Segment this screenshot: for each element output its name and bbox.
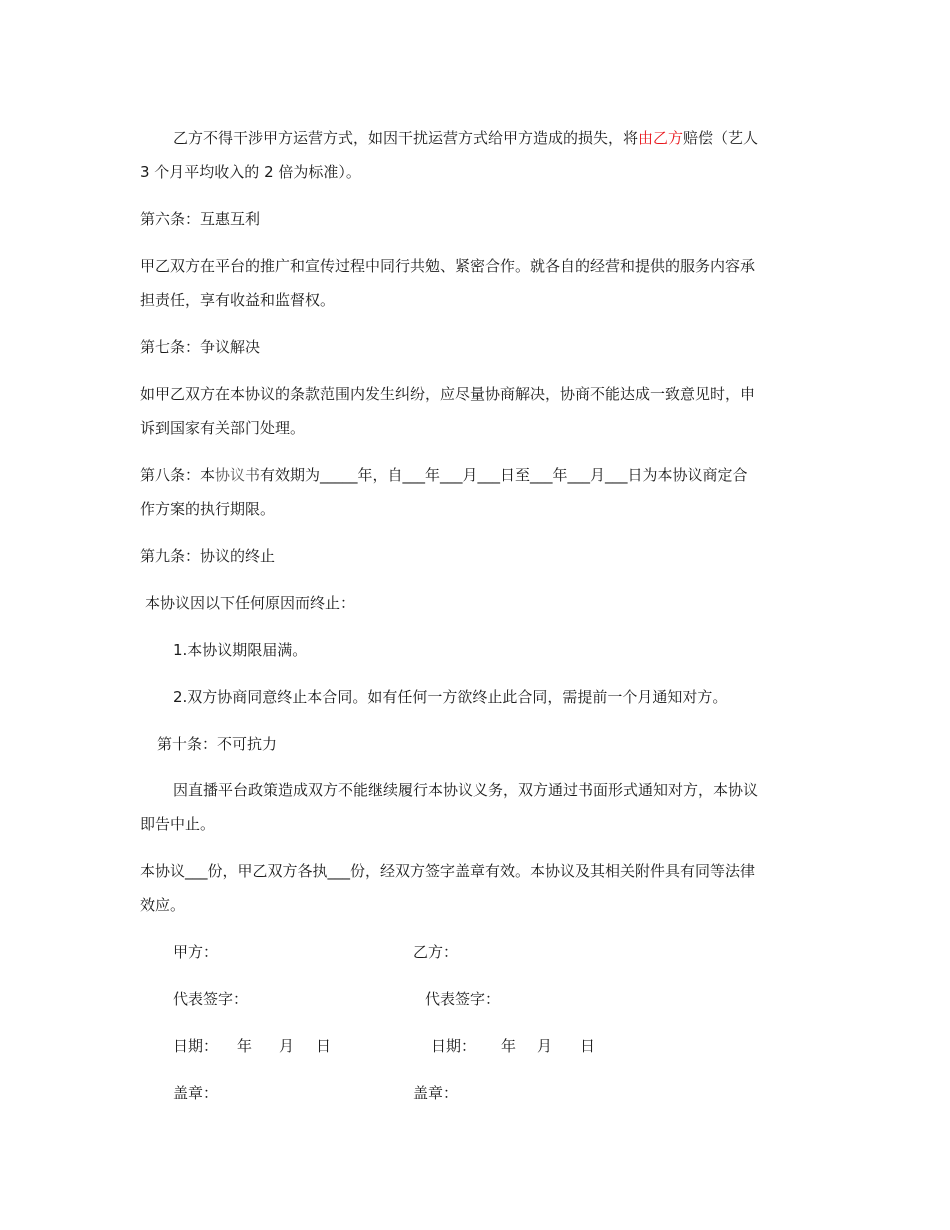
- copies-line2: 效应。: [140, 895, 185, 915]
- para1-line1: 乙方不得干涉甲方运营方式，如因干扰运营方式给甲方造成的损失，将由乙方赔偿（艺人: [173, 128, 758, 148]
- party-a-year: 年: [237, 1036, 252, 1056]
- article-9-intro: 本协议因以下任何原因而终止：: [145, 593, 355, 613]
- article-9-item-2: 2.双方协商同意终止本合同。如有任何一方欲终止此合同，需提前一个月通知对方。: [173, 687, 727, 707]
- para1-text: 乙方不得干涉甲方运营方式，如因干扰运营方式给甲方造成的损失，将: [173, 129, 638, 147]
- article-8-line2: 作方案的执行期限。: [140, 499, 275, 519]
- copies-line1: 本协议___份，甲乙双方各执___份，经双方签字盖章有效。本协议及其相关附件具有…: [140, 861, 755, 881]
- article-10-line1: 因直播平台政策造成双方不能继续履行本协议义务，双方通过书面形式通知对方，本协议: [173, 780, 758, 800]
- highlighted-party: 由乙方: [638, 129, 683, 147]
- article-10-heading: 第十条：不可抗力: [157, 734, 277, 754]
- party-a-date: 日期： 年 月 日: [173, 1036, 218, 1056]
- party-b-label: 乙方：: [413, 942, 458, 962]
- party-a-seal: 盖章：: [173, 1083, 218, 1103]
- party-a-day: 日: [316, 1036, 331, 1056]
- party-b-date: 日期： 年 月 日: [431, 1036, 476, 1056]
- article-7-line2: 诉到国家有关部门处理。: [140, 418, 305, 438]
- party-a-date-label: 日期：: [173, 1037, 218, 1055]
- article-10-line2: 即告中止。: [140, 814, 215, 834]
- party-b-day: 日: [580, 1036, 595, 1056]
- party-b-seal: 盖章：: [413, 1083, 458, 1103]
- party-a-month: 月: [279, 1036, 294, 1056]
- article-7-line1: 如甲乙双方在本协议的条款范围内发生纠纷，应尽量协商解决，协商不能达成一致意见时，…: [140, 384, 755, 404]
- article-8-line1: 第八条：本协议书有效期为_____年，自___年___月___日至___年___…: [140, 465, 748, 485]
- party-b-rep-signature: 代表签字：: [425, 989, 500, 1009]
- article-9-item-1: 1.本协议期限届满。: [173, 640, 307, 660]
- article-7-heading: 第七条：争议解决: [140, 337, 260, 357]
- party-a-label: 甲方：: [173, 942, 218, 962]
- article-8-text: 第八条：本: [140, 466, 215, 484]
- party-b-date-label: 日期：: [431, 1037, 476, 1055]
- article-6-line2: 担责任，享有收益和监督权。: [140, 290, 335, 310]
- agreement-link-text: 协议书: [215, 466, 260, 484]
- para1-text-end: 赔偿（艺人: [683, 129, 758, 147]
- party-b-month: 月: [537, 1036, 552, 1056]
- article-6-line1: 甲乙双方在平台的推广和宣传过程中同行共勉、紧密合作。就各自的经营和提供的服务内容…: [140, 256, 755, 276]
- para1-line2: 3 个月平均收入的 2 倍为标准）。: [140, 162, 361, 182]
- article-9-heading: 第九条：协议的终止: [140, 546, 275, 566]
- party-a-rep-signature: 代表签字：: [173, 989, 248, 1009]
- article-8-text-end: 有效期为_____年，自___年___月___日至___年___月___日为本协…: [260, 466, 748, 484]
- article-6-heading: 第六条：互惠互利: [140, 209, 260, 229]
- party-b-year: 年: [501, 1036, 516, 1056]
